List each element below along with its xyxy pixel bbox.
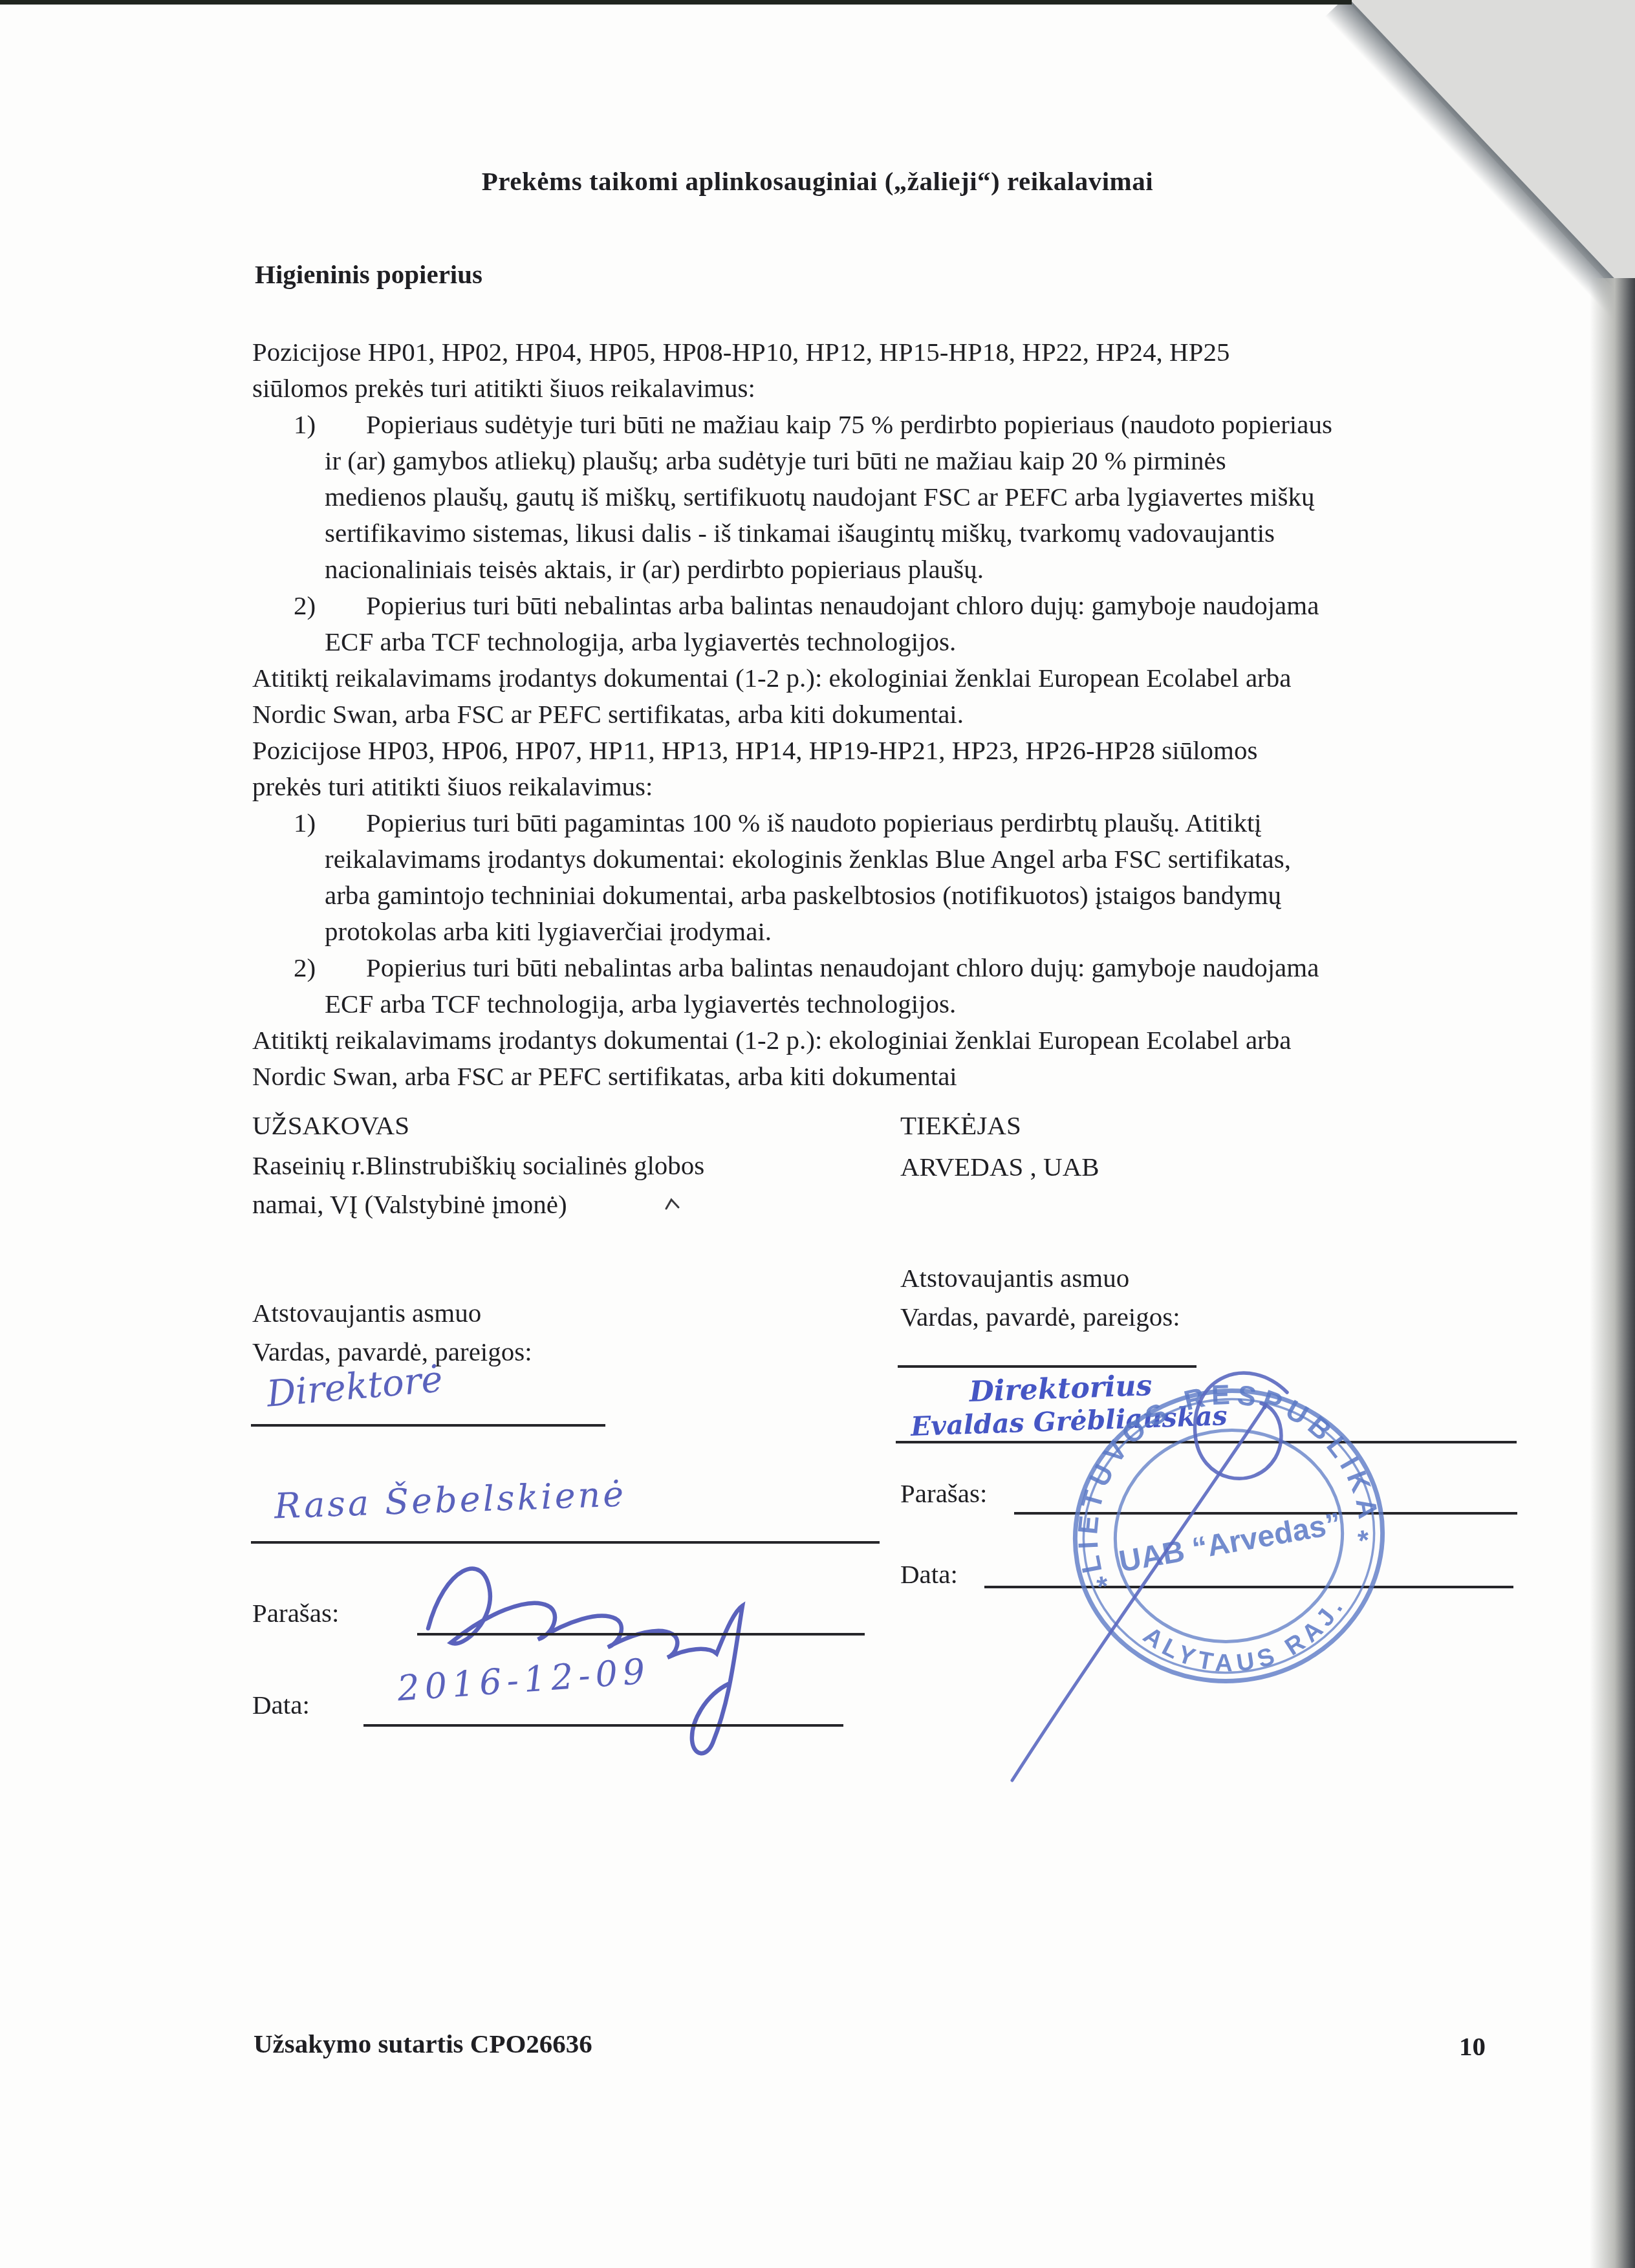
body-line-text: Popieriaus sudėtyje turi būti ne mažiau … bbox=[366, 409, 1332, 439]
body-line: 2)Popierius turi būti nebalintas arba ba… bbox=[252, 949, 1539, 986]
page-number: 10 bbox=[1459, 2031, 1486, 2062]
body-line-text: medienos plaušų, gautų iš miškų, sertifi… bbox=[325, 482, 1315, 512]
body-line-text: Nordic Swan, arba FSC ar PEFC sertifikat… bbox=[252, 699, 964, 729]
body-line: sertifikavimo sistemas, likusi dalis - i… bbox=[252, 515, 1539, 551]
buyer-label: UŽSAKOVAS bbox=[252, 1110, 409, 1141]
list-marker: 2) bbox=[294, 949, 316, 986]
body-line: 1)Popieriaus sudėtyje turi būti ne mažia… bbox=[252, 406, 1539, 442]
signature-line bbox=[363, 1724, 843, 1727]
body-line: Nordic Swan, arba FSC ar PEFC sertifikat… bbox=[252, 696, 1539, 732]
body-line-text: arba gamintojo techniniai dokumentai, ar… bbox=[325, 880, 1281, 910]
body-line-text: Popierius turi būti pagamintas 100 % iš … bbox=[366, 808, 1262, 837]
body-line-text: siūlomos prekės turi atitikti šiuos reik… bbox=[252, 373, 755, 403]
body-line-text: prekės turi atitikti šiuos reikalavimus: bbox=[252, 772, 653, 801]
handwritten-tick-mark bbox=[665, 1198, 682, 1212]
supplier-rep-heading: Atstovaujantis asmuo bbox=[900, 1262, 1129, 1293]
body-line-text: Popierius turi būti nebalintas arba bali… bbox=[366, 953, 1319, 982]
body-line-text: ECF arba TCF technologija, arba lygiaver… bbox=[325, 627, 956, 656]
body-line: protokolas arba kiti lygiaverčiai įrodym… bbox=[252, 913, 1539, 949]
body-line-text: Pozicijose HP03, HP06, HP07, HP11, HP13,… bbox=[252, 735, 1257, 765]
body-line-text: reikalavimams įrodantys dokumentai: ekol… bbox=[325, 844, 1291, 874]
body-line: arba gamintojo techniniai dokumentai, ar… bbox=[252, 877, 1539, 913]
signature-line bbox=[417, 1633, 865, 1636]
body-text: Pozicijose HP01, HP02, HP04, HP05, HP08-… bbox=[252, 334, 1539, 1094]
body-line: Atitiktį reikalavimams įrodantys dokumen… bbox=[252, 1022, 1539, 1058]
body-line: ECF arba TCF technologija, arba lygiaver… bbox=[252, 623, 1539, 660]
body-line: medienos plaušų, gautų iš miškų, sertifi… bbox=[252, 479, 1539, 515]
body-line: ECF arba TCF technologija, arba lygiaver… bbox=[252, 986, 1539, 1022]
buyer-rep-heading: Atstovaujantis asmuo bbox=[252, 1297, 481, 1328]
body-line-text: ECF arba TCF technologija, arba lygiaver… bbox=[325, 989, 956, 1019]
section-heading: Higieninis popierius bbox=[255, 259, 482, 290]
body-line-text: ir (ar) gamybos atliekų) plaušų; arba su… bbox=[325, 446, 1226, 475]
supplier-rep-subheading: Vardas, pavardė, pareigos: bbox=[900, 1301, 1180, 1332]
body-line: Pozicijose HP01, HP02, HP04, HP05, HP08-… bbox=[252, 334, 1539, 370]
body-line: Nordic Swan, arba FSC ar PEFC sertifikat… bbox=[252, 1058, 1539, 1094]
body-line-text: Popierius turi būti nebalintas arba bali… bbox=[366, 590, 1319, 620]
scan-top-edge-line bbox=[0, 0, 1352, 5]
page-title: Prekėms taikomi aplinkosauginiai („žalie… bbox=[0, 166, 1635, 197]
body-line: ir (ar) gamybos atliekų) plaušų; arba su… bbox=[252, 442, 1539, 479]
body-line: 1)Popierius turi būti pagamintas 100 % i… bbox=[252, 805, 1539, 841]
body-line: nacionaliniais teisės aktais, ir (ar) pe… bbox=[252, 551, 1539, 587]
body-line-text: Atitiktį reikalavimams įrodantys dokumen… bbox=[252, 1025, 1291, 1055]
signature-line bbox=[251, 1424, 605, 1427]
supplier-signature-scribble bbox=[977, 1331, 1339, 1809]
buyer-date-label: Data: bbox=[252, 1689, 310, 1720]
list-marker: 2) bbox=[294, 587, 316, 623]
buyer-name-line2: namai, VĮ (Valstybinė įmonė) bbox=[252, 1189, 567, 1220]
body-line: Atitiktį reikalavimams įrodantys dokumen… bbox=[252, 660, 1539, 696]
list-marker: 1) bbox=[294, 805, 316, 841]
body-line-text: protokolas arba kiti lygiaverčiai įrodym… bbox=[325, 916, 772, 946]
list-marker: 1) bbox=[294, 406, 316, 442]
scan-right-edge-shadow bbox=[1590, 278, 1635, 2268]
buyer-name-line1: Raseinių r.Blinstrubiškių socialinės glo… bbox=[252, 1150, 704, 1181]
supplier-label: TIEKĖJAS bbox=[900, 1110, 1021, 1141]
body-line-text: nacionaliniais teisės aktais, ir (ar) pe… bbox=[325, 554, 984, 584]
scanned-document-page: Prekėms taikomi aplinkosauginiai („žalie… bbox=[0, 0, 1635, 2268]
body-line-text: Atitiktį reikalavimams įrodantys dokumen… bbox=[252, 663, 1291, 693]
body-line: siūlomos prekės turi atitikti šiuos reik… bbox=[252, 370, 1539, 406]
footer-contract-number: Užsakymo sutartis CPO26636 bbox=[254, 2028, 592, 2059]
buyer-signature-label: Parašas: bbox=[252, 1597, 339, 1628]
supplier-signature-label: Parašas: bbox=[900, 1478, 987, 1509]
body-line: Pozicijose HP03, HP06, HP07, HP11, HP13,… bbox=[252, 732, 1539, 768]
body-line: 2)Popierius turi būti nebalintas arba ba… bbox=[252, 587, 1539, 623]
supplier-date-label: Data: bbox=[900, 1559, 958, 1590]
body-line-text: Pozicijose HP01, HP02, HP04, HP05, HP08-… bbox=[252, 337, 1230, 367]
body-line: prekės turi atitikti šiuos reikalavimus: bbox=[252, 768, 1539, 805]
body-line-text: Nordic Swan, arba FSC ar PEFC sertifikat… bbox=[252, 1061, 957, 1091]
supplier-name: ARVEDAS , UAB bbox=[900, 1151, 1099, 1182]
body-line-text: sertifikavimo sistemas, likusi dalis - i… bbox=[325, 518, 1275, 548]
stamp-star-right: * bbox=[1356, 1524, 1372, 1557]
body-line: reikalavimams įrodantys dokumentai: ekol… bbox=[252, 841, 1539, 877]
buyer-signature-scribble bbox=[409, 1512, 758, 1674]
